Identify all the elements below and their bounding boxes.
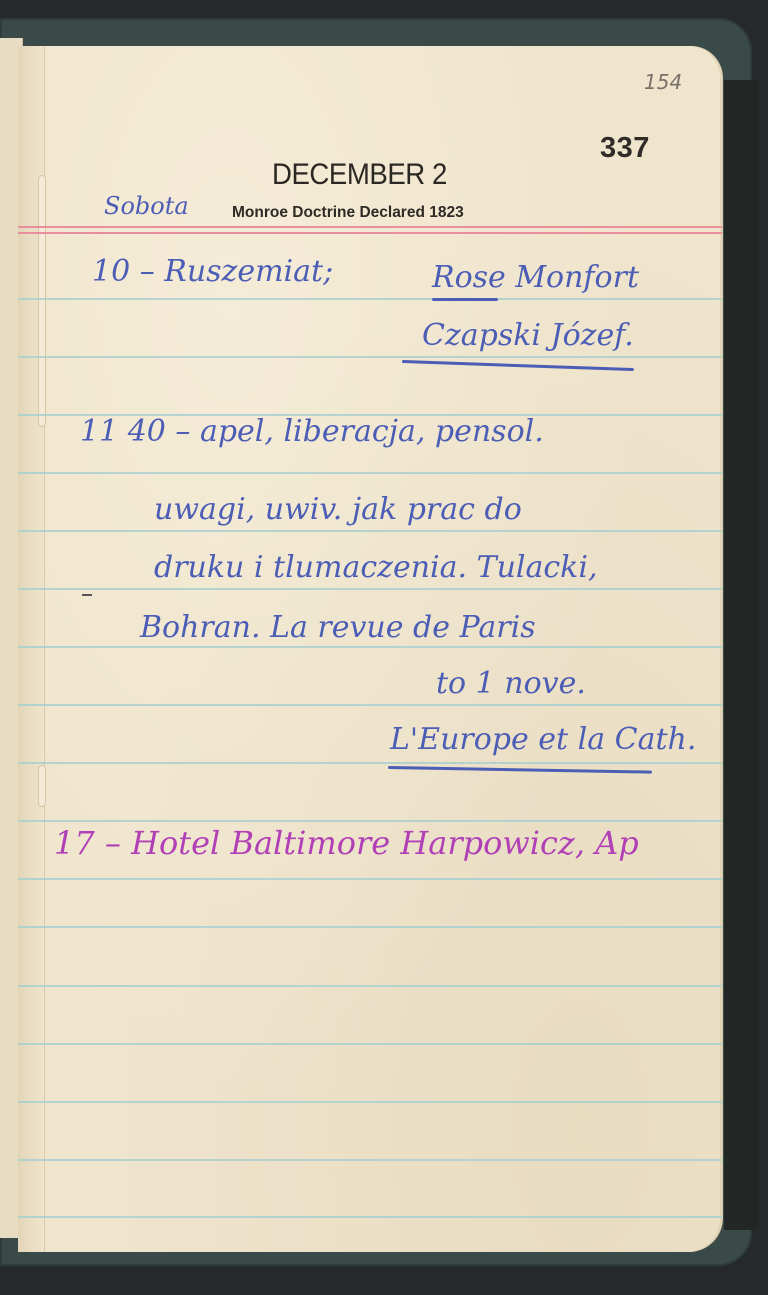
- ruled-line: [18, 356, 722, 358]
- ruled-line: [18, 588, 722, 590]
- underline: [402, 360, 634, 371]
- handwritten-entry: L'Europe et la Cath.: [390, 722, 696, 757]
- handwritten-entry: to 1 nove.: [436, 666, 586, 701]
- ruled-line: [18, 1101, 722, 1103]
- underline: [432, 298, 498, 301]
- ruled-line: [18, 926, 722, 928]
- ruled-line: [18, 1043, 722, 1045]
- page-number: 337: [600, 132, 650, 165]
- margin-note: Sobota: [104, 192, 189, 220]
- ruled-line: [18, 298, 722, 300]
- ruled-line: [18, 1159, 722, 1161]
- ruled-line: [18, 472, 722, 474]
- date-heading: DECEMBER 2: [272, 158, 447, 192]
- handwritten-entry: 10 – Ruszemiat;: [92, 254, 333, 289]
- header-rule-red: [18, 226, 722, 228]
- binding-stitch: [39, 176, 45, 426]
- ruled-line: [18, 530, 722, 532]
- date-subheading: Monroe Doctrine Declared 1823: [232, 204, 464, 222]
- handwritten-entry: Czapski Józef.: [422, 318, 634, 353]
- ruled-line: [18, 1216, 722, 1218]
- ruled-line: [18, 704, 722, 706]
- cover-edge: [724, 80, 758, 1230]
- handwritten-entry: uwagi, uwiv. jak prac do: [154, 492, 522, 527]
- handwritten-entry: 11 40 – apel, liberacja, pensol.: [80, 414, 544, 449]
- diary-page: 154 337 DECEMBER 2 Monroe Doctrine Decla…: [18, 46, 722, 1252]
- ruled-line: [18, 985, 722, 987]
- ruled-line: [18, 820, 722, 822]
- ruled-line: [18, 646, 722, 648]
- archive-number: 154: [644, 70, 682, 94]
- binding-stitch: [39, 766, 45, 806]
- ruled-line: [18, 878, 722, 880]
- handwritten-entry: Rose Monfort: [432, 260, 639, 295]
- underline: [388, 766, 652, 774]
- ruled-line: [18, 762, 722, 764]
- handwritten-entry: Bohran. La revue de Paris: [140, 610, 536, 645]
- header-rule-red: [18, 232, 722, 234]
- handwritten-entry: 17 – Hotel Baltimore Harpowicz, Ap: [54, 824, 639, 862]
- handwritten-entry: druku i tlumaczenia. Tulacki,: [154, 550, 598, 585]
- margin-mark: [82, 594, 92, 596]
